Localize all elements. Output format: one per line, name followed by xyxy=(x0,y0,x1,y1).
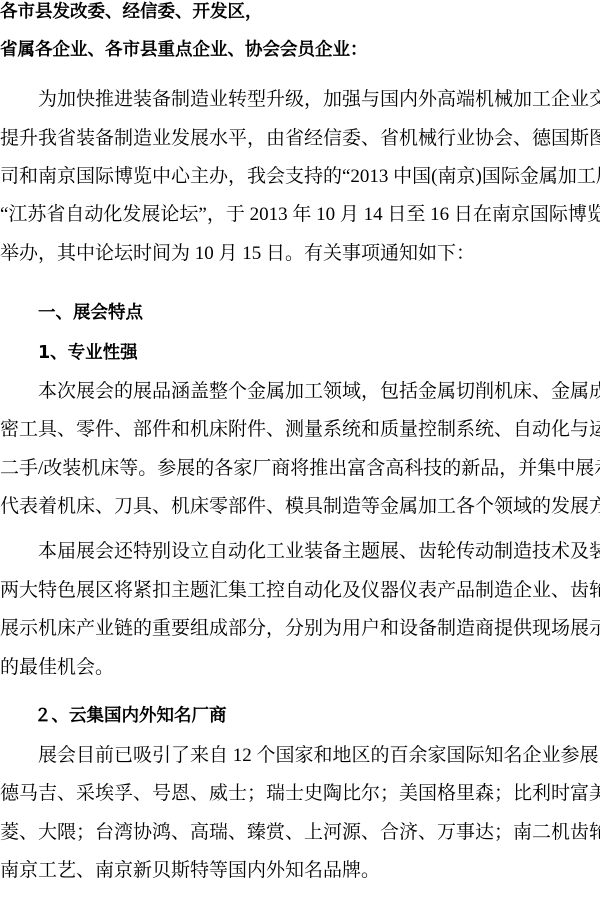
paragraph-line: 南京工艺、南京新贝斯特等国内外知名品牌。 xyxy=(0,859,600,883)
paragraph-line: 本次展会的展品涵盖整个金属加工领域，包括金属切削机床、金属成型机床、精 xyxy=(0,380,600,404)
paragraph-line: 菱、大隈；台湾协鸿、高瑞、臻赏、上河源、合济、万事达；南二机齿轮、南京数控、 xyxy=(0,821,600,845)
paragraph-line: 展示机床产业链的重要组成部分，分别为用户和设备制造商提供现场展示和贸易交流 xyxy=(0,617,600,641)
paragraph-line: 举办，其中论坛时间为 10 月 15 日。有关事项通知如下： xyxy=(0,242,600,266)
paragraph-line: 的最佳机会。 xyxy=(0,656,600,680)
paragraph-line: “江苏省自动化发展论坛”，于 2013 年 10 月 14 日至 16 日在南京… xyxy=(0,203,600,227)
paragraph-line: 二手/改装机床等。参展的各家厂商将推出富含高科技的新品，并集中展示其创新理念， xyxy=(0,457,600,481)
subsection-heading: 1、专业性强 xyxy=(0,341,600,365)
salutation-line-1: 各市县发改委、经信委、开发区， xyxy=(0,0,600,24)
section-heading: 一、展会特点 xyxy=(0,301,600,325)
paragraph-line: 本届展会还特别设立自动化工业装备主题展、齿轮传动制造技术及装备主题展。 xyxy=(0,540,600,564)
paragraph-line: 提升我省装备制造业发展水平，由省经信委、省机械行业协会、德国斯图加特展览公 xyxy=(0,127,600,151)
subsection-heading: ２、云集国内外知名厂商 xyxy=(0,704,600,728)
salutation-line-2: 省属各企业、各市县重点企业、协会会员企业： xyxy=(0,38,600,62)
paragraph-line: 司和南京国际博览中心主办，我会支持的“2013 中国(南京)国际金属加工展览会”… xyxy=(0,165,600,189)
paragraph-line: 代表着机床、刀具、机床零部件、模具制造等金属加工各个领域的发展方向。 xyxy=(0,495,600,519)
paragraph-line: 两大特色展区将紧扣主题汇集工控自动化及仪器仪表产品制造企业、齿轮制造企业， xyxy=(0,579,600,603)
paragraph-line: 为加快推进装备制造业转型升级，加强与国内外高端机械加工企业交流与合作， xyxy=(0,88,600,112)
paragraph-line: 密工具、零件、部件和机床附件、测量系统和质量控制系统、自动化与运动控制部件、 xyxy=(0,418,600,442)
paragraph-line: 德马吉、采埃孚、号恩、威士；瑞士史陶比尔；美国格里森；比利时富美成；日本三 xyxy=(0,782,600,806)
paragraph-line: 展会目前已吸引了来自 12 个国家和地区的百余家国际知名企业参展，包括德国 xyxy=(0,744,600,768)
